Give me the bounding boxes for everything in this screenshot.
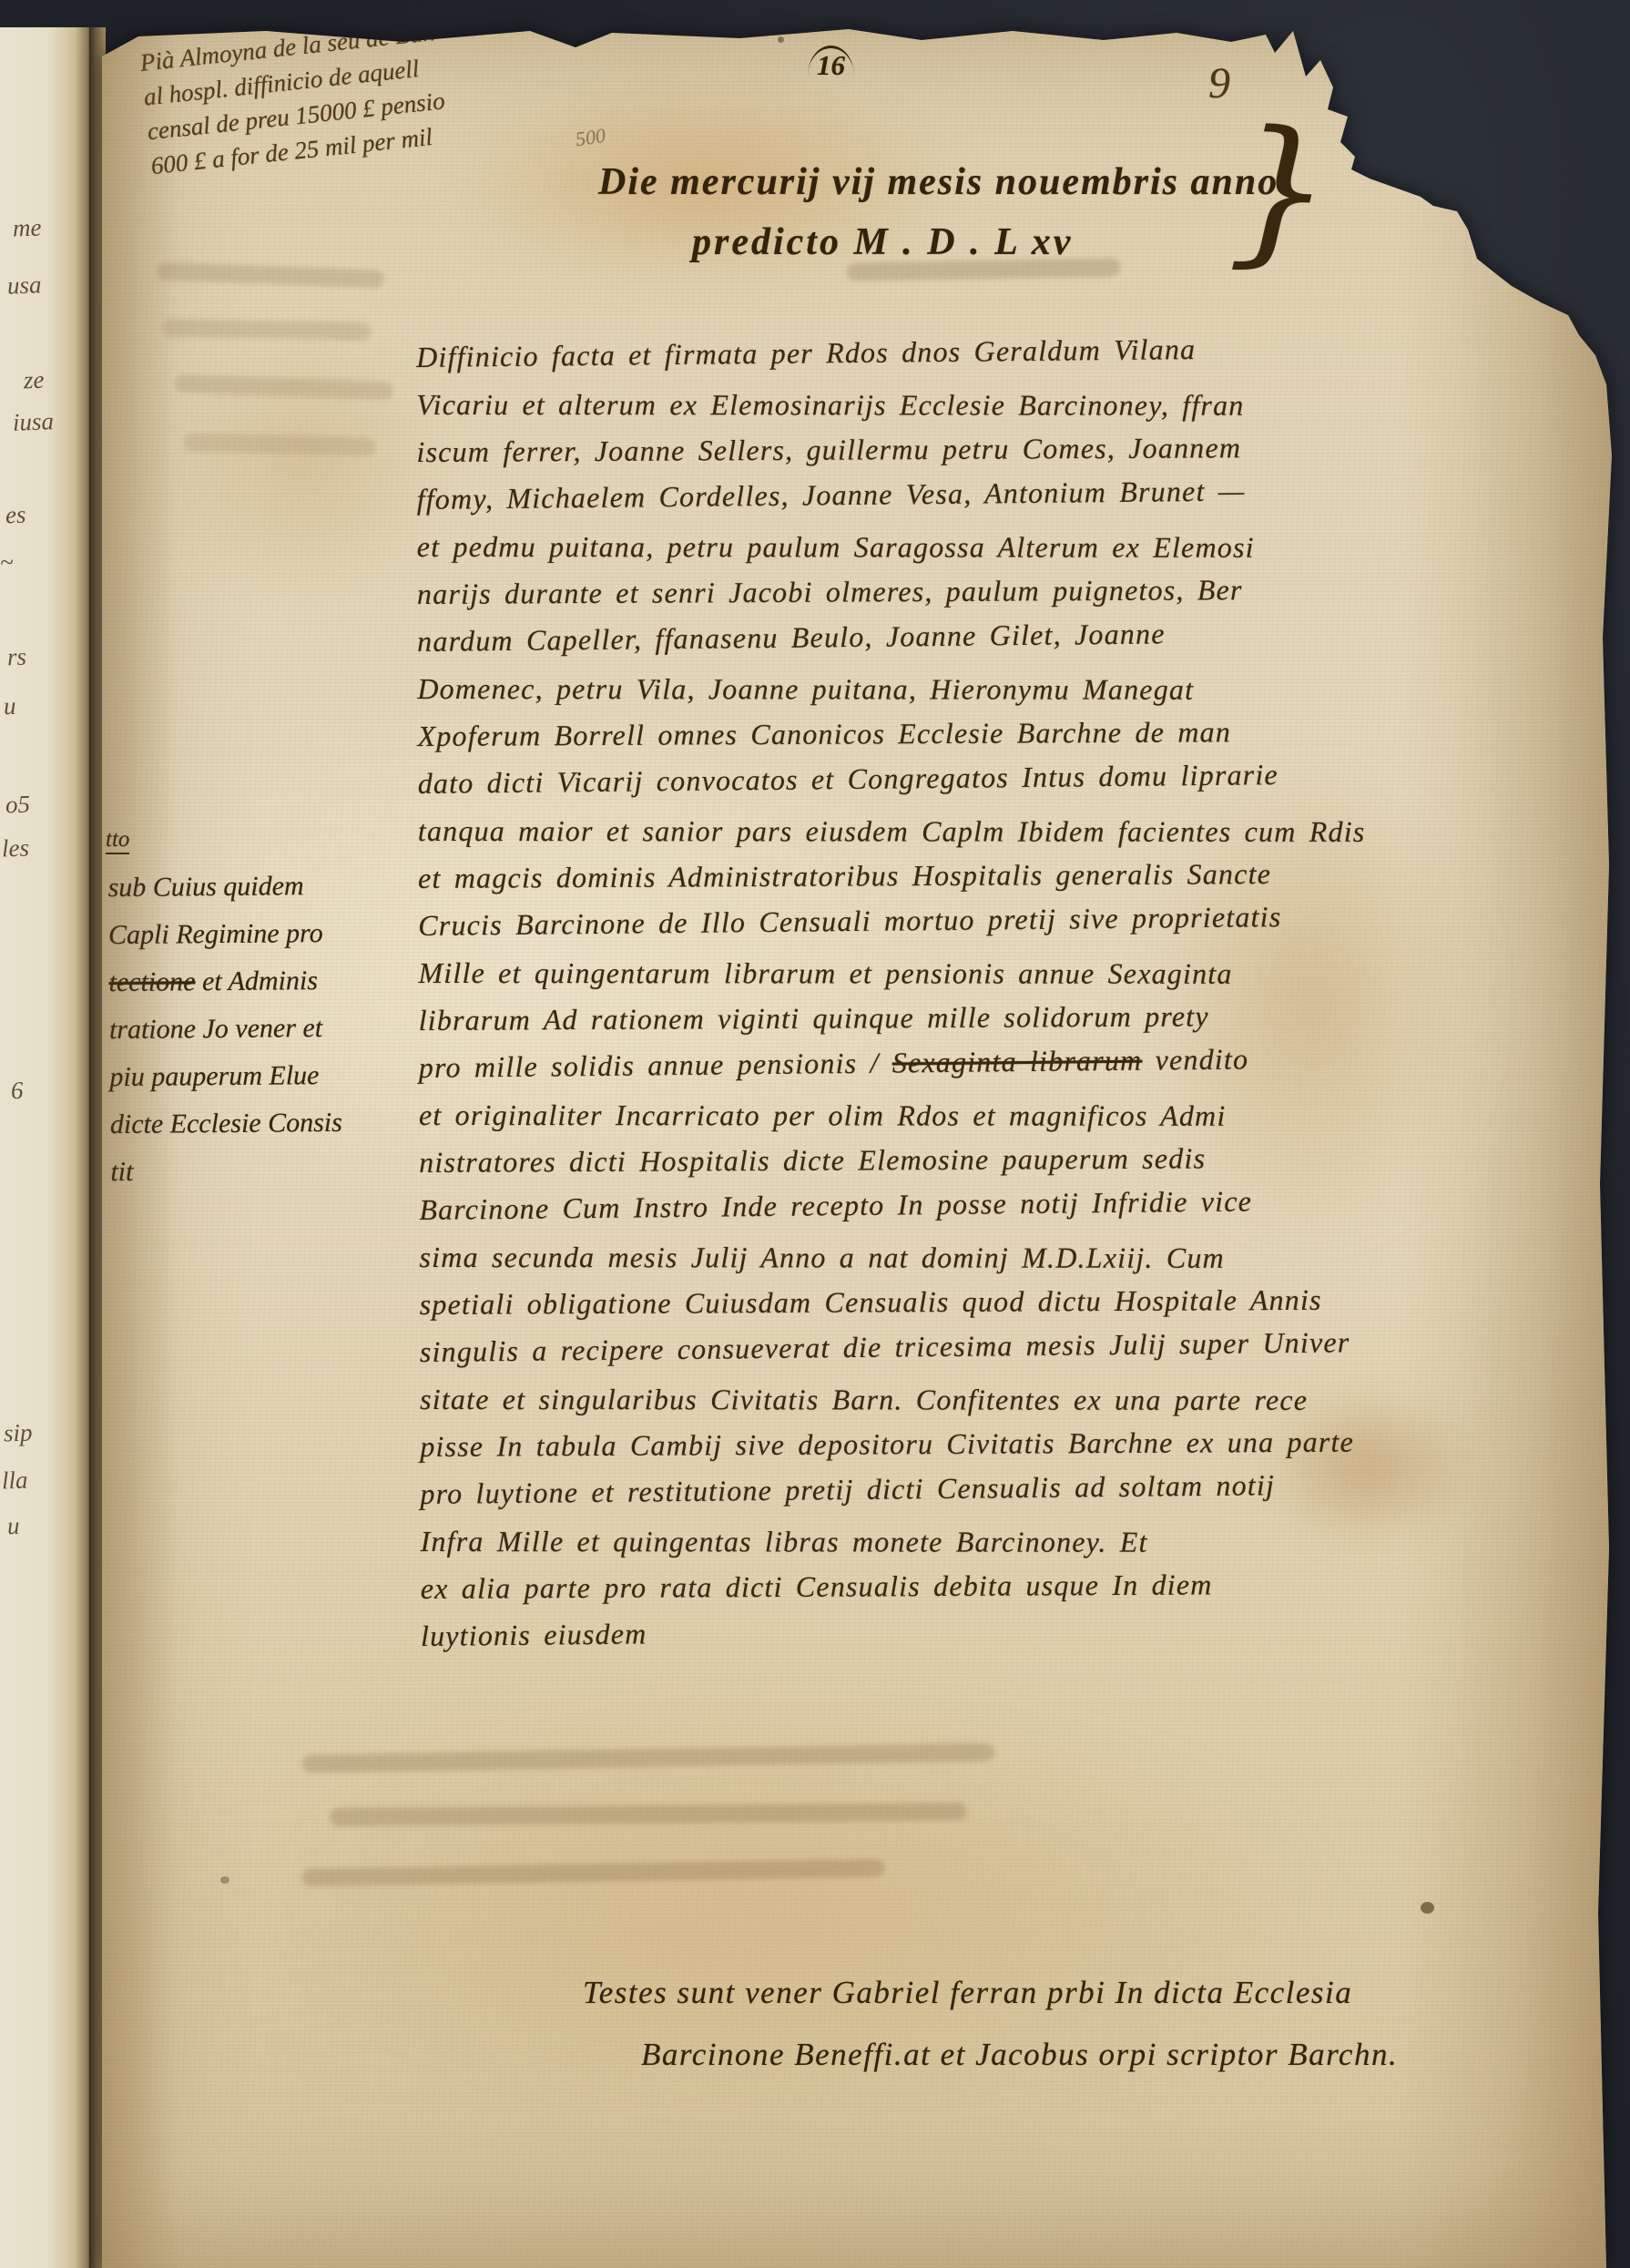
page-wrap: Pià Almoyna de la seu de Bar. al hospl. … bbox=[0, 0, 1630, 2268]
scanned-manuscript-scene: me usa ze iusa es ~ rs u o5 les 6 sip ll… bbox=[0, 0, 1630, 2268]
page-vignette bbox=[102, 0, 1612, 2268]
manuscript-page: Pià Almoyna de la seu de Bar. al hospl. … bbox=[102, 0, 1612, 2268]
